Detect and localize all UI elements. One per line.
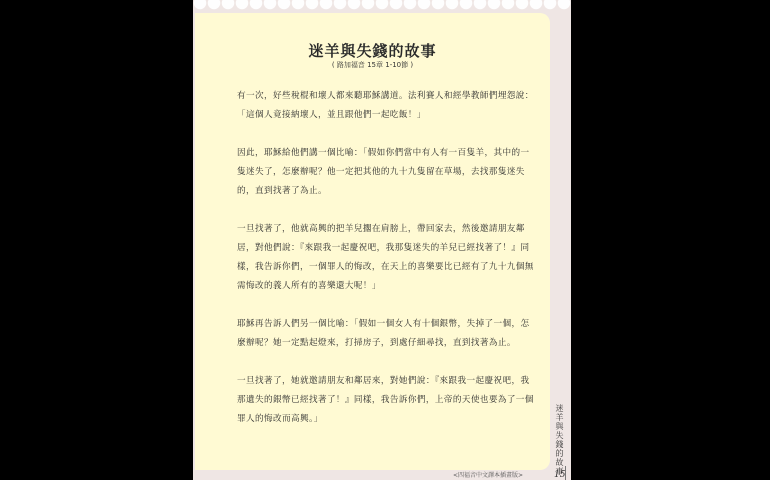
scripture-reference: ( 路加福音 15章 1-10節 ): [195, 60, 550, 70]
content-card: 迷羊與失錢的故事 ( 路加福音 15章 1-10節 ) 有一次，好些稅棍和壞人都…: [195, 13, 550, 470]
paragraph: 一旦找著了，她就邀請朋友和鄰居來，對她們說：『來跟我一起慶祝吧，我那遺失的銀幣已…: [237, 372, 537, 429]
paragraph: 耶穌再告訴人們另一個比喻：「假如一個女人有十個銀幣，失掉了一個，怎麼辦呢？她一定…: [237, 315, 537, 353]
paragraph: 一旦找著了，他就高興的把羊兒擱在肩膀上，帶回家去，然後邀請朋友鄰居，對他們說：『…: [237, 220, 537, 296]
book-footer: <四福音中文譯本插畫版>: [453, 470, 523, 479]
paragraph: 有一次，好些稅棍和壞人都來聽耶穌講道。法利賽人和經學教師們埋怨說：「這個人竟接納…: [237, 87, 537, 125]
book-page: 迷羊與失錢的故事 ( 路加福音 15章 1-10節 ) 有一次，好些稅棍和壞人都…: [193, 0, 571, 480]
decorative-dot-border: [193, 0, 571, 11]
page-title: 迷羊與失錢的故事: [195, 40, 550, 61]
paragraph: 因此，耶穌給他們講一個比喻：「假如你們當中有人有一百隻羊，其中的一隻迷失了，怎麼…: [237, 144, 537, 201]
page-number: 15: [554, 470, 565, 480]
running-side-title: 迷羊與失錢的故事: [553, 404, 565, 476]
page-number-rule: [565, 466, 566, 480]
story-text: 有一次，好些稅棍和壞人都來聽耶穌講道。法利賽人和經學教師們埋怨說：「這個人竟接納…: [237, 87, 537, 448]
